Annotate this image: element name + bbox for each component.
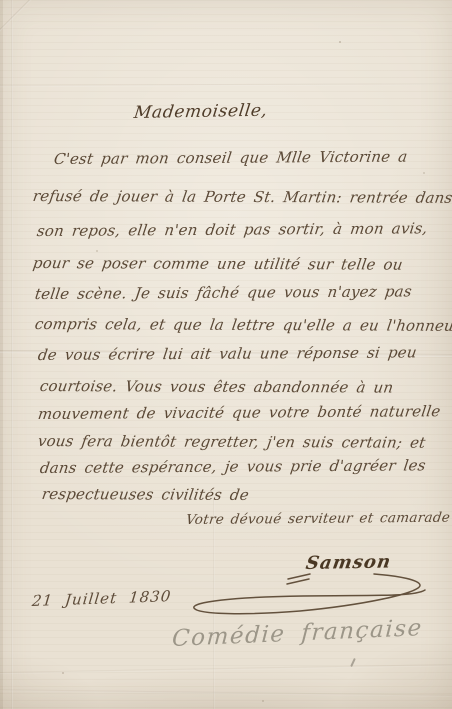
- pencil-stray-mark: [350, 658, 356, 667]
- body-line: respectueuses civilités de: [41, 485, 250, 504]
- paper-edge-shading: [0, 0, 3, 709]
- bottom-wrinkle: [0, 664, 452, 674]
- body-line: courtoise. Vous vous êtes abandonnée à u…: [39, 377, 395, 397]
- body-line: dans cette espérance, je vous prie d'agr…: [39, 456, 427, 477]
- bottom-wrinkle: [0, 689, 452, 697]
- body-line: C'est par mon conseil que Mlle Victorine…: [53, 148, 409, 168]
- body-line: telle scène. Je suis fâché que vous n'ay…: [34, 282, 413, 303]
- letter-page: Mademoiselle, C'est par mon conseil que …: [0, 0, 452, 709]
- body-line: pour se poser comme une utilité sur tell…: [32, 254, 404, 274]
- body-line: de vous écrire lui ait valu une réponse …: [37, 343, 418, 364]
- date-line: 21 Juillet 1830: [31, 587, 172, 610]
- closing-line: Votre dévoué serviteur et camarade: [185, 510, 451, 528]
- pencil-annotation: Comédie française: [171, 615, 423, 652]
- body-line: mouvement de vivacité que votre bonté na…: [37, 402, 442, 423]
- body-line: compris cela, et que la lettre qu'elle a…: [34, 315, 452, 335]
- body-line: refusé de jouer à la Porte St. Martin: r…: [32, 187, 452, 207]
- signature-flourish: [188, 566, 428, 618]
- paper-specks: [0, 0, 2, 2]
- letter-body: C'est par mon conseil que Mlle Victorine…: [33, 0, 445, 520]
- body-line: son repos, elle n'en doit pas sortir, à …: [36, 219, 429, 240]
- vertical-fold-crease: [11, 0, 13, 709]
- body-line: vous fera bientôt regretter, j'en suis c…: [37, 432, 427, 452]
